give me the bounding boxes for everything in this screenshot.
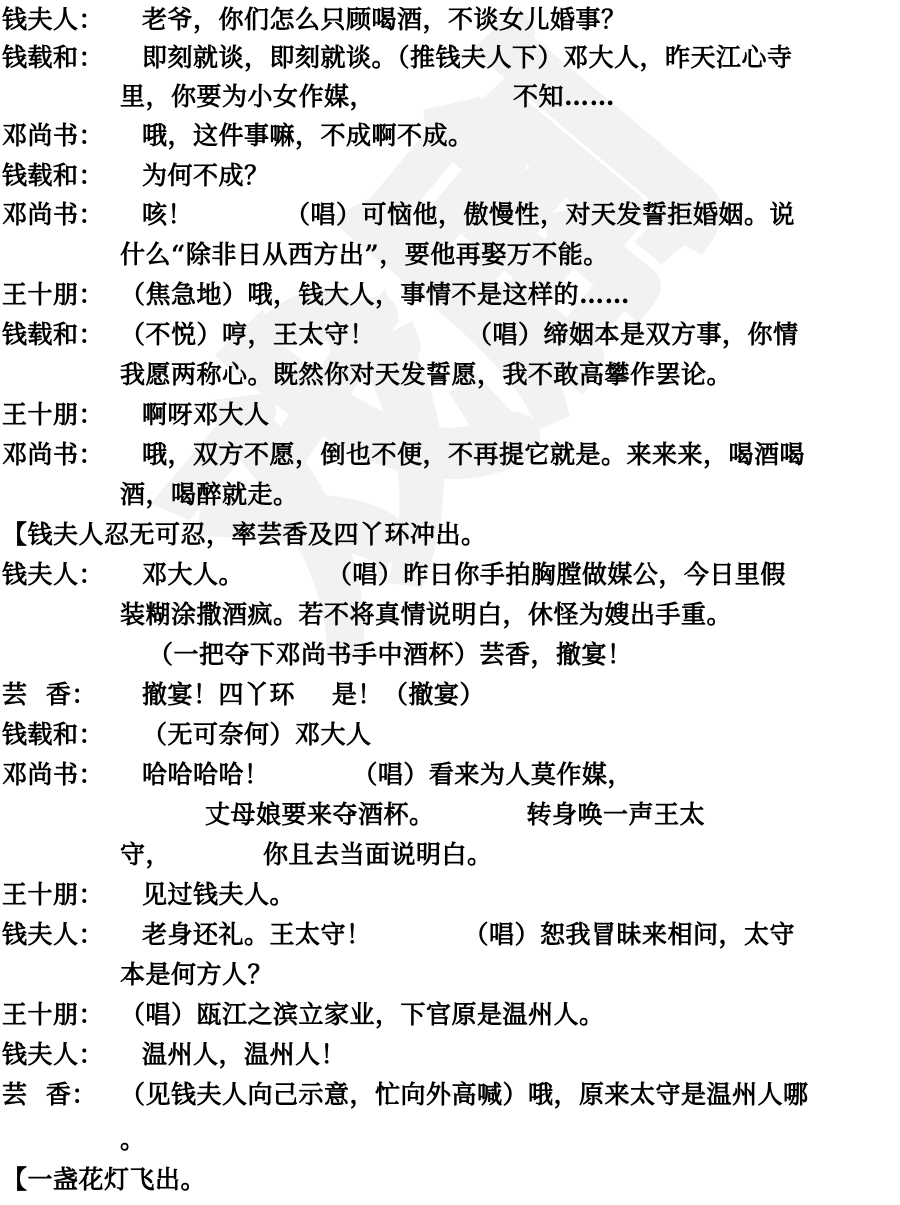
dialogue-line: 芸 香：撤宴！四丫环 是！（撤宴） [0,675,900,715]
speaker-name: 王十朋： [2,275,104,315]
dialogue-line: 王十朋：啊呀邓大人 [0,395,900,435]
speaker-name: 邓尚书： [2,195,104,235]
line-text: 装糊涂撒酒疯。若不将真情说明白，休怪为嫂出手重。 [120,595,732,635]
dialogue-line: 钱夫人：温州人，温州人！ [0,1035,900,1075]
speaker-name: 钱载和： [2,715,104,755]
stage-direction: 【一盏花灯飞出。 [0,1160,900,1200]
speaker-name: 芸 香： [2,1075,97,1115]
line-text: 守， 你且去当面说明白。 [120,835,493,875]
line-text: 哈哈哈哈！ （唱）看来为人莫作媒， [142,755,633,795]
line-text: 邓大人。 （唱）昨日你手拍胸膛做媒公，今日里假 [142,555,786,595]
dialogue-line: 钱夫人：老爷，你们怎么只顾喝酒，不谈女儿婚事？ [0,0,900,40]
line-text: 见过钱夫人。 [142,875,295,915]
line-text: （见钱夫人向己示意，忙向外高喊）哦，原来太守是温州人哪 [120,1075,809,1115]
speaker-name: 邓尚书： [2,755,104,795]
dialogue-continuation: 酒，喝醉就走。 [0,475,900,515]
speaker-name: 邓尚书： [2,116,104,156]
dialogue-line: 王十朋：见过钱夫人。 [0,875,900,915]
speaker-name: 王十朋： [2,875,104,915]
line-text: 咳！ （唱）可恼他，傲慢性，对天发誓拒婚姻。说 [142,195,795,235]
speaker-name: 邓尚书： [2,435,104,475]
line-text: （一把夺下邓尚书手中酒杯）芸香，撤宴！ [148,635,633,675]
dialogue-continuation: 什么“除非日从西方出”，要他再娶万不能。 [0,235,900,275]
stage-direction: 【钱夫人忍无可忍，率芸香及四丫环冲出。 [0,515,900,555]
speaker-name: 钱夫人： [2,0,104,40]
line-text: 为何不成？ [142,156,270,196]
dialogue-continuation: （一把夺下邓尚书手中酒杯）芸香，撤宴！ [0,635,900,675]
dialogue-line: 邓尚书：哦，双方不愿，倒也不便，不再提它就是。来来来，喝酒喝 [0,435,900,475]
dialogue-continuation: 丈母娘要来夺酒杯。 转身唤一声王太 [0,795,900,835]
dialogue-continuation: 装糊涂撒酒疯。若不将真情说明白，休怪为嫂出手重。 [0,595,900,635]
line-text: 【钱夫人忍无可忍，率芸香及四丫环冲出。 [2,515,487,555]
dialogue-line: 邓尚书：咳！ （唱）可恼他，傲慢性，对天发誓拒婚姻。说 [0,195,900,235]
dialogue-line: 钱载和：（无可奈何）邓大人 [0,715,900,755]
line-text: 丈母娘要来夺酒杯。 转身唤一声王太 [205,795,705,835]
dialogue-line: 钱夫人：邓大人。 （唱）昨日你手拍胸膛做媒公，今日里假 [0,555,900,595]
line-text: （唱）瓯江之滨立家业，下官原是温州人。 [120,995,605,1035]
line-text: 温州人，温州人！ [142,1035,346,1075]
speaker-name: 钱载和： [2,38,104,78]
line-text: 哦，这件事嘛，不成啊不成。 [142,116,474,156]
line-text: 哦，双方不愿，倒也不便，不再提它就是。来来来，喝酒喝 [142,435,805,475]
line-text: 撤宴！四丫环 是！（撤宴） [142,675,485,715]
line-text: 老爷，你们怎么只顾喝酒，不谈女儿婚事？ [142,0,627,40]
speaker-name: 钱夫人： [2,915,104,955]
line-text: 【一盏花灯飞出。 [2,1160,206,1200]
dialogue-line: 钱载和：为何不成？ [0,156,900,196]
line-text: 啊呀邓大人 [142,395,270,435]
line-text: 本是何方人？ [120,955,273,995]
dialogue-continuation: 我愿两称心。既然你对天发誓愿，我不敢高攀作罢论。 [0,355,900,395]
line-text: 我愿两称心。既然你对天发誓愿，我不敢高攀作罢论。 [120,355,732,395]
dialogue-line: 芸 香：（见钱夫人向己示意，忙向外高喊）哦，原来太守是温州人哪 [0,1075,900,1115]
dialogue-line: 钱载和：即刻就谈，即刻就谈。（推钱夫人下）邓大人，昨天江心寺 [0,38,900,78]
line-text: 里，你要为小女作媒， 不知…… [120,77,615,117]
dialogue-line: 钱载和：（不悦）哼，王太守！ （唱）缔姻本是双方事，你情 [0,315,900,355]
speaker-name: 钱夫人： [2,555,104,595]
dialogue-continuation: 里，你要为小女作媒， 不知…… [0,77,900,117]
line-text: （不悦）哼，王太守！ （唱）缔姻本是双方事，你情 [120,315,799,355]
line-text: 老身还礼。王太守！ （唱）恕我冒昧来相问，太守 [142,915,795,955]
dialogue-line: 钱夫人：老身还礼。王太守！ （唱）恕我冒昧来相问，太守 [0,915,900,955]
line-text: 。 [120,1120,146,1160]
line-text: （焦急地）哦，钱大人，事情不是这样的…… [120,275,630,315]
line-text: 什么“除非日从西方出”，要他再娶万不能。 [120,235,609,275]
dialogue-continuation: 本是何方人？ [0,955,900,995]
speaker-name: 芸 香： [2,675,97,715]
dialogue-continuation: 。 [0,1120,900,1160]
dialogue-line: 王十朋：（唱）瓯江之滨立家业，下官原是温州人。 [0,995,900,1035]
line-text: 酒，喝醉就走。 [120,475,299,515]
speaker-name: 钱载和： [2,156,104,196]
dialogue-continuation: 守， 你且去当面说明白。 [0,835,900,875]
line-text: （无可奈何）邓大人 [142,715,372,755]
line-text: 即刻就谈，即刻就谈。（推钱夫人下）邓大人，昨天江心寺 [142,38,793,78]
speaker-name: 王十朋： [2,995,104,1035]
speaker-name: 王十朋： [2,395,104,435]
speaker-name: 钱载和： [2,315,104,355]
dialogue-line: 王十朋：（焦急地）哦，钱大人，事情不是这样的…… [0,275,900,315]
dialogue-line: 邓尚书：哦，这件事嘛，不成啊不成。 [0,116,900,156]
speaker-name: 钱夫人： [2,1035,104,1075]
dialogue-line: 邓尚书：哈哈哈哈！ （唱）看来为人莫作媒， [0,755,900,795]
